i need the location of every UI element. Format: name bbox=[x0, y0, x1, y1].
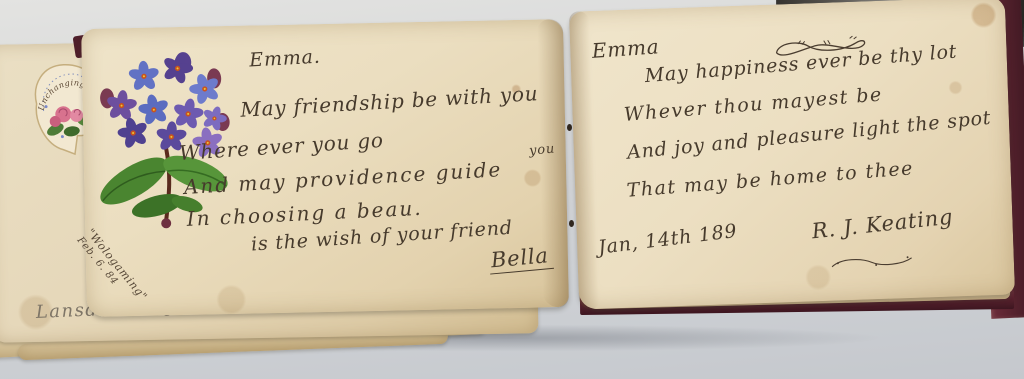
entry-date: Jan, 14th 189 bbox=[597, 220, 739, 259]
signature-keating: R. J. Keating bbox=[811, 205, 955, 244]
inserted-word: you bbox=[528, 141, 555, 158]
binding-stitch bbox=[569, 220, 574, 227]
signature-bella: Bella bbox=[488, 243, 554, 275]
right-salutation: Emma bbox=[591, 34, 660, 63]
verse-line: That may be home to thee bbox=[626, 157, 915, 202]
verse-line: May friendship be with you bbox=[240, 81, 539, 122]
right-album-page: Emma May happiness ever be thy lot Wheve… bbox=[569, 0, 1015, 310]
binding-stitch bbox=[567, 124, 572, 131]
left-album-page: Emma. May friendship be with you Where e… bbox=[81, 19, 569, 317]
verse-line: Whever thou mayest be bbox=[623, 84, 883, 126]
left-salutation: Emma. bbox=[249, 46, 321, 72]
signature-flourish-icon bbox=[827, 249, 918, 275]
photograph-of-open-autograph-album: Unchanging Love Lansdowne, Janr. 9, 1889… bbox=[0, 0, 1024, 379]
